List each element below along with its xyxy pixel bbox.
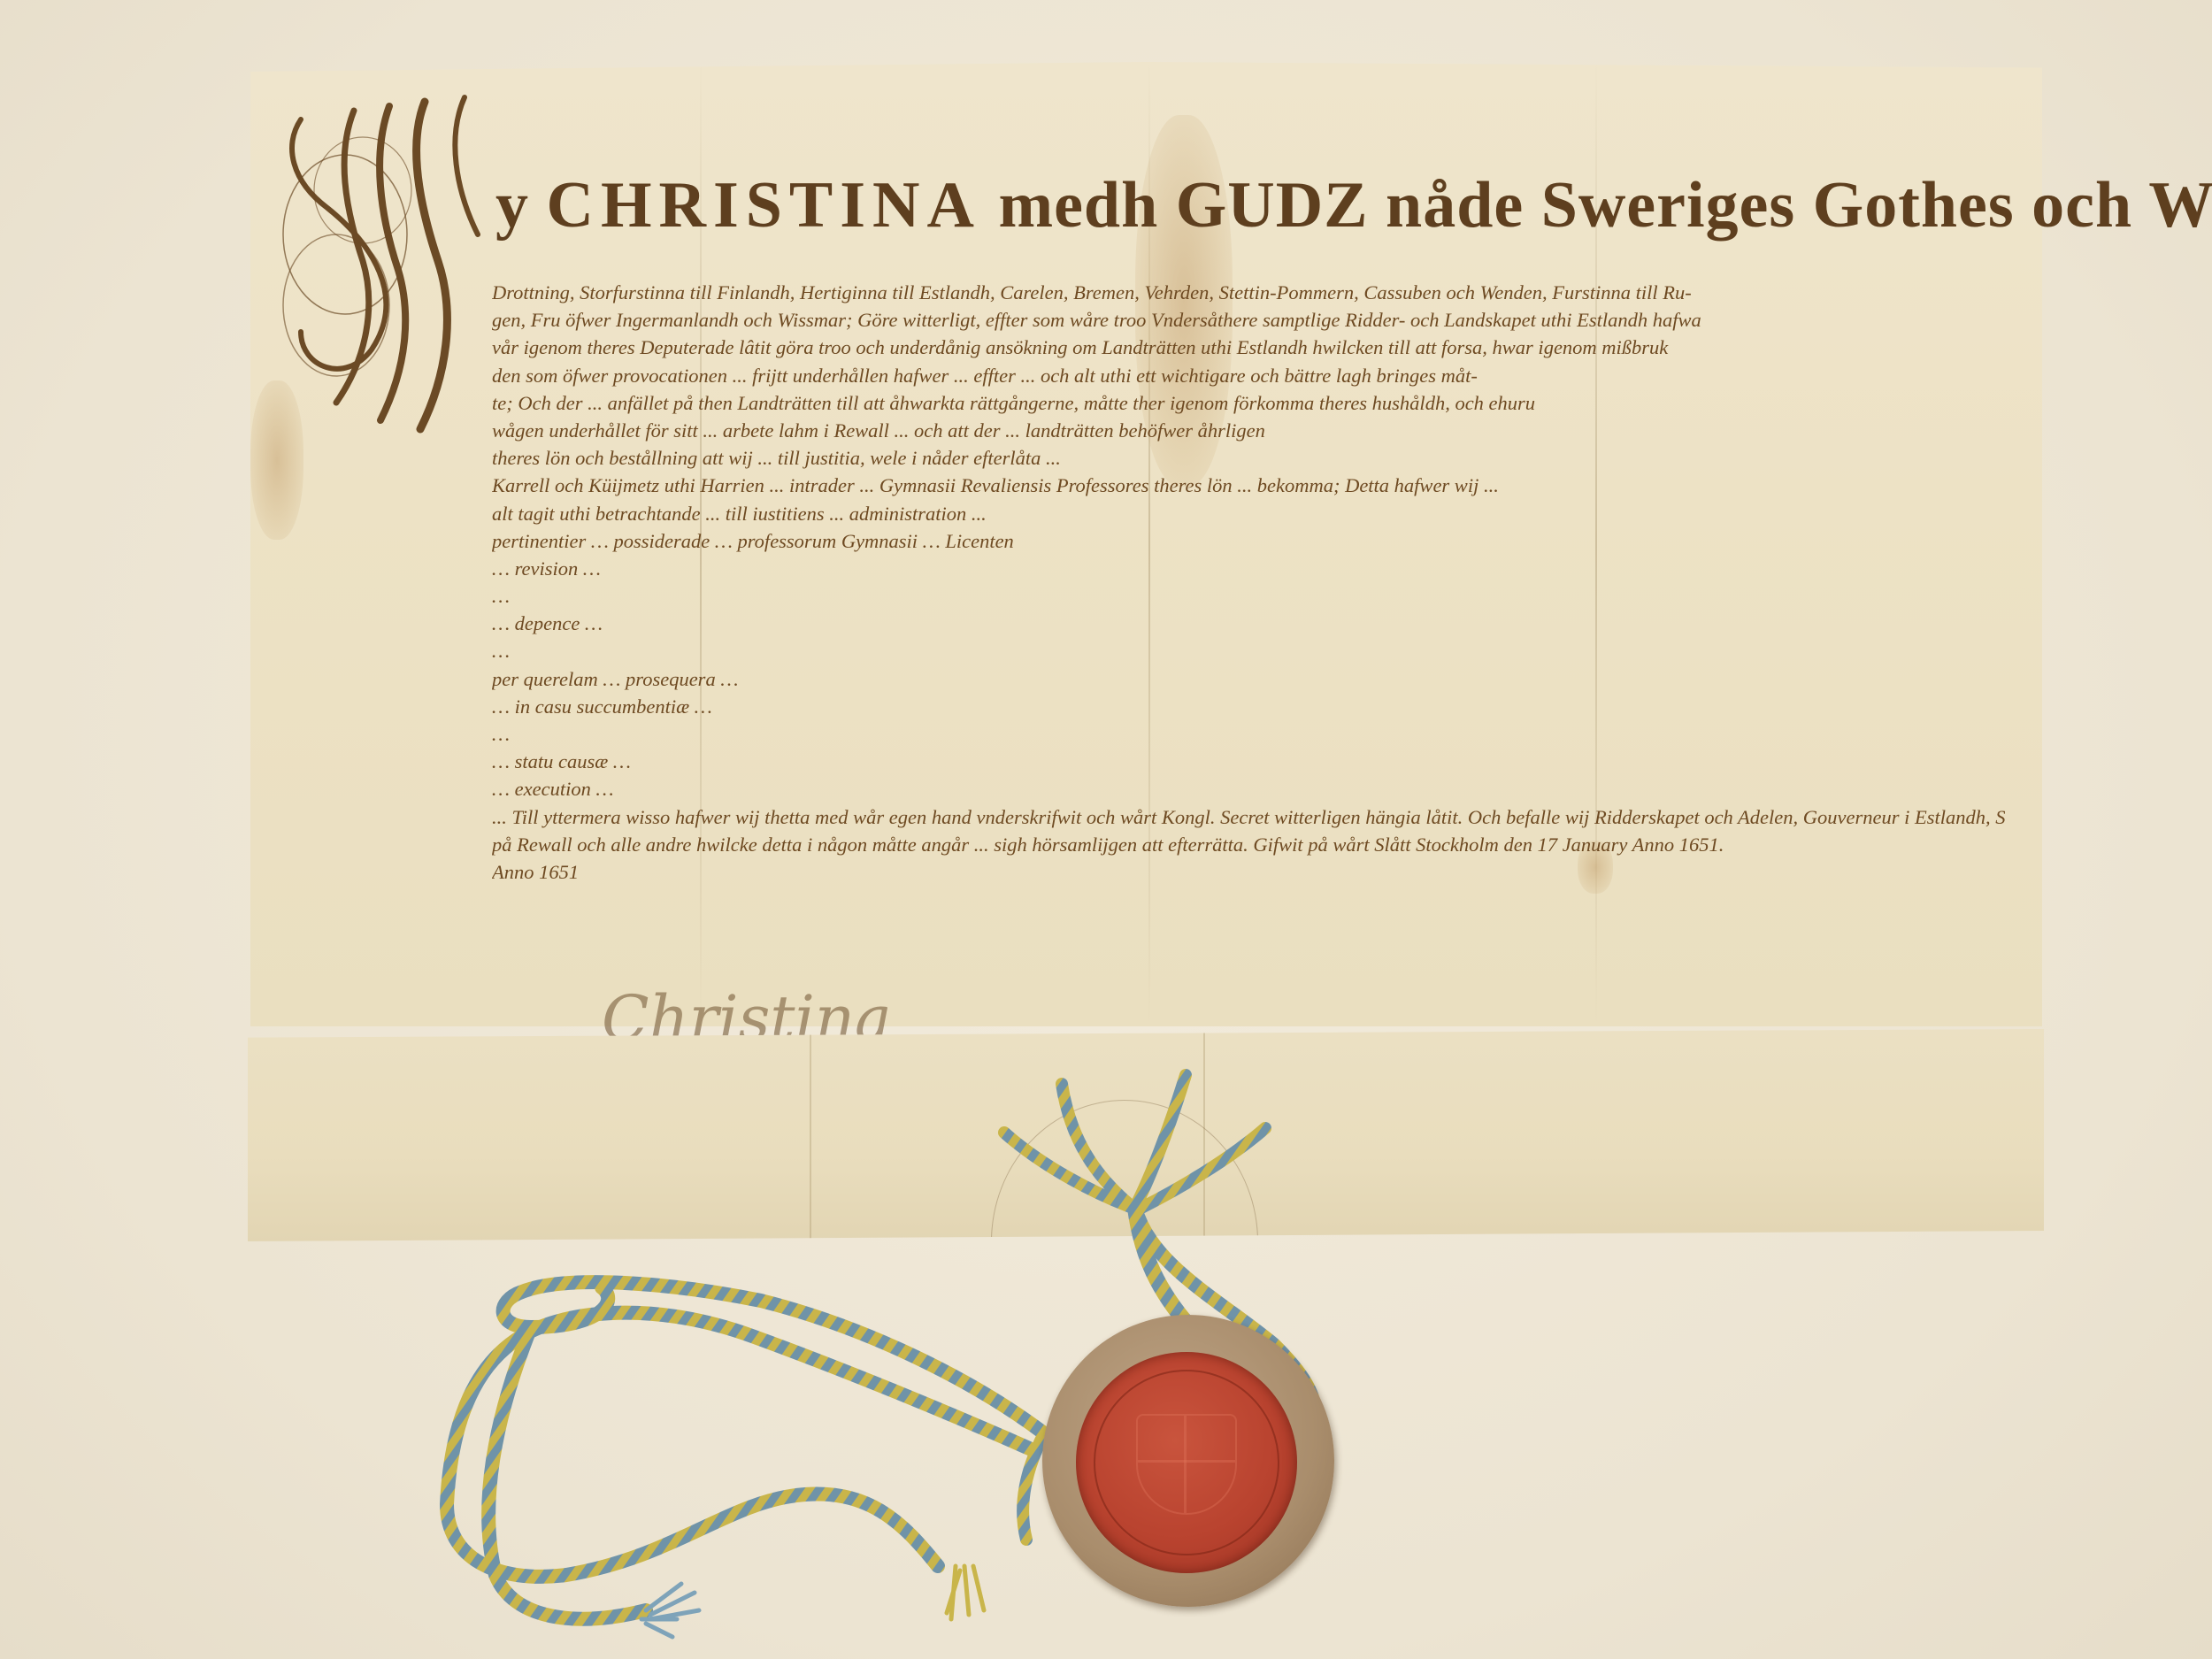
wax-seal — [1042, 1315, 1334, 1607]
body-line: … depence … — [492, 610, 2005, 637]
date-year: Anno 1651 — [492, 858, 2005, 886]
body-line: … execution … — [492, 775, 2005, 803]
closing-line: på Rewall och alle andre hwilcke detta i… — [492, 831, 2005, 858]
heading-queen-name: CHRISTINA — [547, 169, 981, 242]
term: revision — [515, 557, 579, 580]
body-line: … — [492, 582, 2005, 610]
decorated-initial-w — [265, 84, 513, 438]
body-line: … — [492, 637, 2005, 664]
term: pertinentier — [492, 530, 586, 552]
body-line: Drottning, Storfurstinna till Finlandh, … — [492, 279, 2005, 306]
body-line: pertinentier … possiderade … professorum… — [492, 527, 2005, 555]
folded-plica — [248, 1029, 2044, 1241]
body-line: wågen underhållet för sitt ... arbete la… — [492, 417, 2005, 444]
body-line: per querelam … prosequera … — [492, 665, 2005, 693]
closing-line: ... Till yttermera wisso hafwer wij thet… — [492, 803, 2005, 831]
body-line: Karrell och Küijmetz uthi Harrien ... in… — [492, 472, 2005, 499]
term: depence — [515, 612, 580, 634]
body-line: alt tagit uthi betrachtande ... till ius… — [492, 500, 2005, 527]
term: professorum Gymnasii — [738, 530, 918, 552]
body-line: te; Och der ... anfället på then Landträ… — [492, 389, 2005, 417]
term: statu causæ — [515, 750, 609, 772]
document-heading: y CHRISTINA medh GUDZ nåde Sweriges Goth… — [495, 168, 2053, 243]
charter-body: Drottning, Storfurstinna till Finlandh, … — [492, 279, 2005, 886]
body-line: … revision … — [492, 555, 2005, 582]
term: execution — [515, 778, 591, 800]
fold-crease — [810, 1029, 811, 1241]
body-line: … statu causæ … — [492, 748, 2005, 775]
body-line: theres lön och bestållning att wij ... t… — [492, 444, 2005, 472]
term: per querelam — [492, 668, 598, 690]
red-wax-impression — [1076, 1352, 1297, 1573]
body-line: vår igenom theres Deputerade lâtit göra … — [492, 334, 2005, 361]
term: in casu succumbentiæ — [515, 695, 689, 718]
coat-of-arms-icon — [1136, 1414, 1237, 1515]
body-line: den som öfwer provocationen ... frijtt u… — [492, 362, 2005, 389]
term: Licenten — [945, 530, 1013, 552]
term: possiderade — [614, 530, 710, 552]
body-line: … in casu succumbentiæ … — [492, 693, 2005, 720]
body-line: gen, Fru öfwer Ingermanlandh och Wissmar… — [492, 306, 2005, 334]
body-line: … — [492, 720, 2005, 748]
heading-prefix: y — [495, 169, 529, 242]
heading-rest: medh GUDZ nåde Sweriges Gothes och Wende… — [998, 169, 2212, 242]
term: prosequera — [626, 668, 716, 690]
